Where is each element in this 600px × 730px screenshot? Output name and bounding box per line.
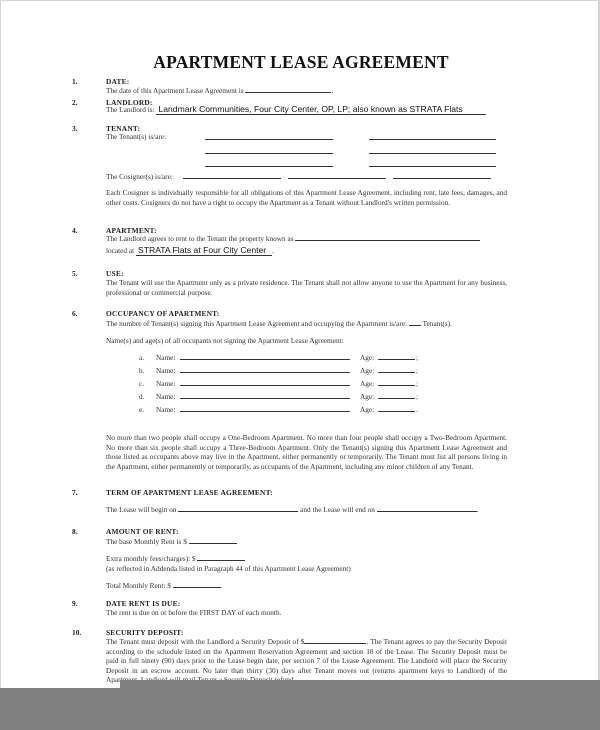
occupant-name-field[interactable] — [180, 385, 350, 386]
occupant-age-field[interactable] — [378, 398, 415, 399]
base-rent-line: The base Monthly Rent is $ — [106, 537, 237, 546]
occupant-name-field[interactable] — [180, 411, 350, 412]
punct: . — [416, 405, 418, 414]
document-title: APARTMENT LEASE AGREEMENT — [1, 52, 600, 73]
punct: . — [477, 505, 479, 514]
lease-begin-field[interactable] — [178, 505, 298, 512]
total-rent-label: Total Monthly Rent: $ — [106, 581, 171, 590]
located-label: located at — [106, 246, 134, 255]
property-field[interactable] — [295, 234, 480, 241]
section-number: 3. — [72, 124, 78, 133]
section-number: 1. — [72, 77, 78, 86]
occupant-name-label: Name: — [156, 379, 175, 388]
punct: ; — [416, 353, 418, 362]
security-deposit-lead: The Tenant must deposit with the Landlor… — [106, 637, 304, 646]
section-heading-term: TERM OF APARTMENT LEASE AGREEMENT: — [106, 488, 273, 497]
section-heading-occupancy: OCCUPANCY OF APARTMENT: — [106, 309, 219, 318]
tenant-field-2[interactable] — [369, 139, 496, 140]
extra-fees-line: Extra monthly fees/charges): $ — [106, 554, 245, 563]
occupant-name-label: Name: — [156, 392, 175, 401]
section-number: 9. — [72, 599, 78, 608]
occupancy-count-line: The number of Tenant(s) signing this Apa… — [106, 319, 452, 328]
occupants-label: Name(s) and age(s) of all occupants not … — [106, 336, 344, 345]
security-deposit-text: The Tenant must deposit with the Landlor… — [106, 637, 507, 685]
occupancy-count-label: The number of Tenant(s) signing this Apa… — [106, 319, 407, 328]
cosigner-field-1[interactable] — [183, 178, 281, 179]
occupant-age-field[interactable] — [378, 385, 415, 386]
occupant-age-label: Age: — [360, 353, 374, 362]
rent-due-text: The rent is due on or before the FIRST D… — [106, 608, 281, 617]
occupant-age-field[interactable] — [378, 372, 415, 373]
occupant-age-label: Age: — [360, 366, 374, 375]
section-heading-rent: AMOUNT OF RENT: — [106, 527, 179, 536]
occupancy-count-suffix: Tenant(s). — [423, 319, 452, 328]
occupant-age-field[interactable] — [378, 359, 415, 360]
occupant-name-label: Name: — [156, 366, 175, 375]
section-number: 5. — [72, 269, 78, 278]
total-rent-line: Total Monthly Rent: $ — [106, 581, 221, 590]
cosigner-terms: Each Cosigner is individually responsibl… — [106, 188, 507, 207]
cosigner-field-3[interactable] — [393, 178, 491, 179]
section-number: 8. — [72, 527, 78, 536]
use-text: The Tenant will use the Apartment only a… — [106, 278, 507, 297]
landlord-field[interactable]: Landmark Communities, Four City Center, … — [156, 105, 486, 115]
occupant-letter: b. — [139, 366, 144, 375]
base-rent-field[interactable] — [189, 537, 237, 544]
occupant-age-label: Age: — [360, 379, 374, 388]
cosigner-field-2[interactable] — [288, 178, 386, 179]
apartment-line: The Landlord agrees to rent to the Tenan… — [106, 234, 480, 243]
punct: ; — [416, 392, 418, 401]
section-number: 7. — [72, 488, 78, 497]
occupant-name-field[interactable] — [180, 398, 350, 399]
occupant-letter: c. — [139, 379, 144, 388]
landlord-line: The Landlord is: Landmark Communities, F… — [106, 105, 486, 115]
lease-end-label: and the Lease will end on — [300, 505, 375, 514]
landlord-label: The Landlord is: — [106, 105, 155, 114]
apartment-label: The Landlord agrees to rent to the Tenan… — [106, 234, 294, 243]
section-heading-rent-due: DATE RENT IS DUE: — [106, 599, 180, 608]
section-heading-date: DATE: — [106, 77, 129, 86]
occupant-name-field[interactable] — [180, 359, 350, 360]
tenant-count-field[interactable] — [409, 319, 421, 326]
document-page: APARTMENT LEASE AGREEMENT 1. DATE: The d… — [0, 0, 600, 730]
base-rent-label: The base Monthly Rent is $ — [106, 537, 187, 546]
occupant-letter: e. — [139, 405, 144, 414]
tenant-field-1[interactable] — [205, 139, 333, 140]
date-label: The date of this Apartment Lease Agreeme… — [106, 86, 244, 95]
punct: ; — [416, 379, 418, 388]
section-heading-security-deposit: SECURITY DEPOSIT: — [106, 628, 184, 637]
redaction-overlay — [0, 688, 600, 730]
lease-begin-label: The Lease will begin on — [106, 505, 177, 514]
section-number: 2. — [72, 98, 78, 107]
located-line: located at STRATA Flats at Four City Cen… — [106, 246, 274, 256]
punct: . — [272, 246, 274, 255]
occupant-age-field[interactable] — [378, 411, 415, 412]
cosigners-label: The Cosigner(s) is/are: — [106, 172, 173, 181]
tenant-field-4[interactable] — [369, 153, 496, 154]
term-line: The Lease will begin on and the Lease wi… — [106, 505, 479, 514]
section-heading-use: USE: — [106, 269, 124, 278]
occupant-name-field[interactable] — [180, 372, 350, 373]
occupant-letter: a. — [139, 353, 144, 362]
extra-fees-label: Extra monthly fees/charges): $ — [106, 554, 196, 563]
lease-end-field[interactable] — [377, 505, 477, 512]
occupant-name-label: Name: — [156, 405, 175, 414]
date-blank[interactable] — [245, 86, 331, 93]
section-number: 10. — [72, 628, 81, 637]
occupant-age-label: Age: — [360, 392, 374, 401]
date-line: The date of this Apartment Lease Agreeme… — [106, 86, 333, 95]
extra-fees-note: (as reflected in Addenda listed in Parag… — [106, 564, 351, 573]
tenant-field-5[interactable] — [205, 166, 333, 167]
located-field[interactable]: STRATA Flats at Four City Center — [136, 246, 272, 256]
occupant-age-label: Age: — [360, 405, 374, 414]
tenant-field-3[interactable] — [205, 153, 333, 154]
occupant-name-label: Name: — [156, 353, 175, 362]
total-rent-field[interactable] — [173, 581, 221, 588]
occupant-letter: d. — [139, 392, 144, 401]
punct: . — [331, 86, 333, 95]
tenant-field-6[interactable] — [369, 166, 496, 167]
occupancy-limits-text: No more than two people shall occupy a O… — [106, 433, 507, 471]
tenants-label: The Tenant(s) is/are: — [106, 132, 166, 141]
extra-fees-field[interactable] — [197, 554, 245, 561]
section-number: 4. — [72, 226, 78, 235]
section-number: 6. — [72, 309, 78, 318]
security-deposit-field[interactable] — [304, 637, 366, 644]
punct: ; — [416, 366, 418, 375]
